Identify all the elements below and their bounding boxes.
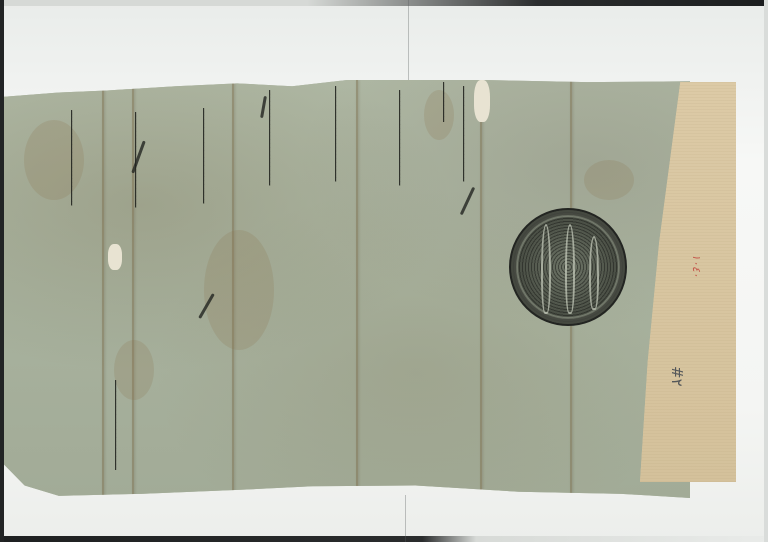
ink-seal: ornate ink seal with calligraphic stroke… bbox=[509, 208, 627, 326]
paper-tear bbox=[474, 80, 490, 122]
seal-inscription: ornate ink seal with calligraphic stroke… bbox=[511, 258, 625, 276]
script-line-4: ـــــــــــــــــــــــــ bbox=[266, 90, 279, 370]
script-line-9: ـــــــــــــــــــــــــ bbox=[440, 82, 453, 122]
script-line-3: ـــــــــــــــــــــــــ bbox=[332, 86, 345, 366]
script-line-1: ـــــــــــــــــــــــــ bbox=[460, 86, 473, 356]
fold-line bbox=[356, 80, 358, 498]
scanner-edge-right bbox=[764, 0, 768, 542]
fold-line bbox=[102, 80, 104, 498]
scanner-edge-left bbox=[0, 0, 4, 542]
scan-crease bbox=[405, 495, 406, 542]
script-line-7: ـــــــــــــــــــــــــ bbox=[112, 380, 125, 470]
fold-line bbox=[480, 80, 482, 498]
scan-crease bbox=[408, 0, 409, 80]
stain bbox=[584, 160, 634, 200]
red-pencil-annotation: ١٠٤٠ bbox=[690, 254, 703, 278]
stain bbox=[204, 230, 274, 350]
script-line-5: ـــــــــــــــــــــــــ bbox=[200, 108, 213, 388]
script-line-8: ـــــــــــــــــــــــــ bbox=[68, 110, 81, 370]
scanner-edge-bottom bbox=[0, 536, 768, 542]
paper-tear bbox=[108, 244, 122, 270]
script-line-2: ـــــــــــــــــــــــــ bbox=[396, 90, 409, 360]
scanner-edge-top bbox=[0, 0, 768, 6]
pencil-catalog-mark: #٢ bbox=[668, 366, 686, 387]
